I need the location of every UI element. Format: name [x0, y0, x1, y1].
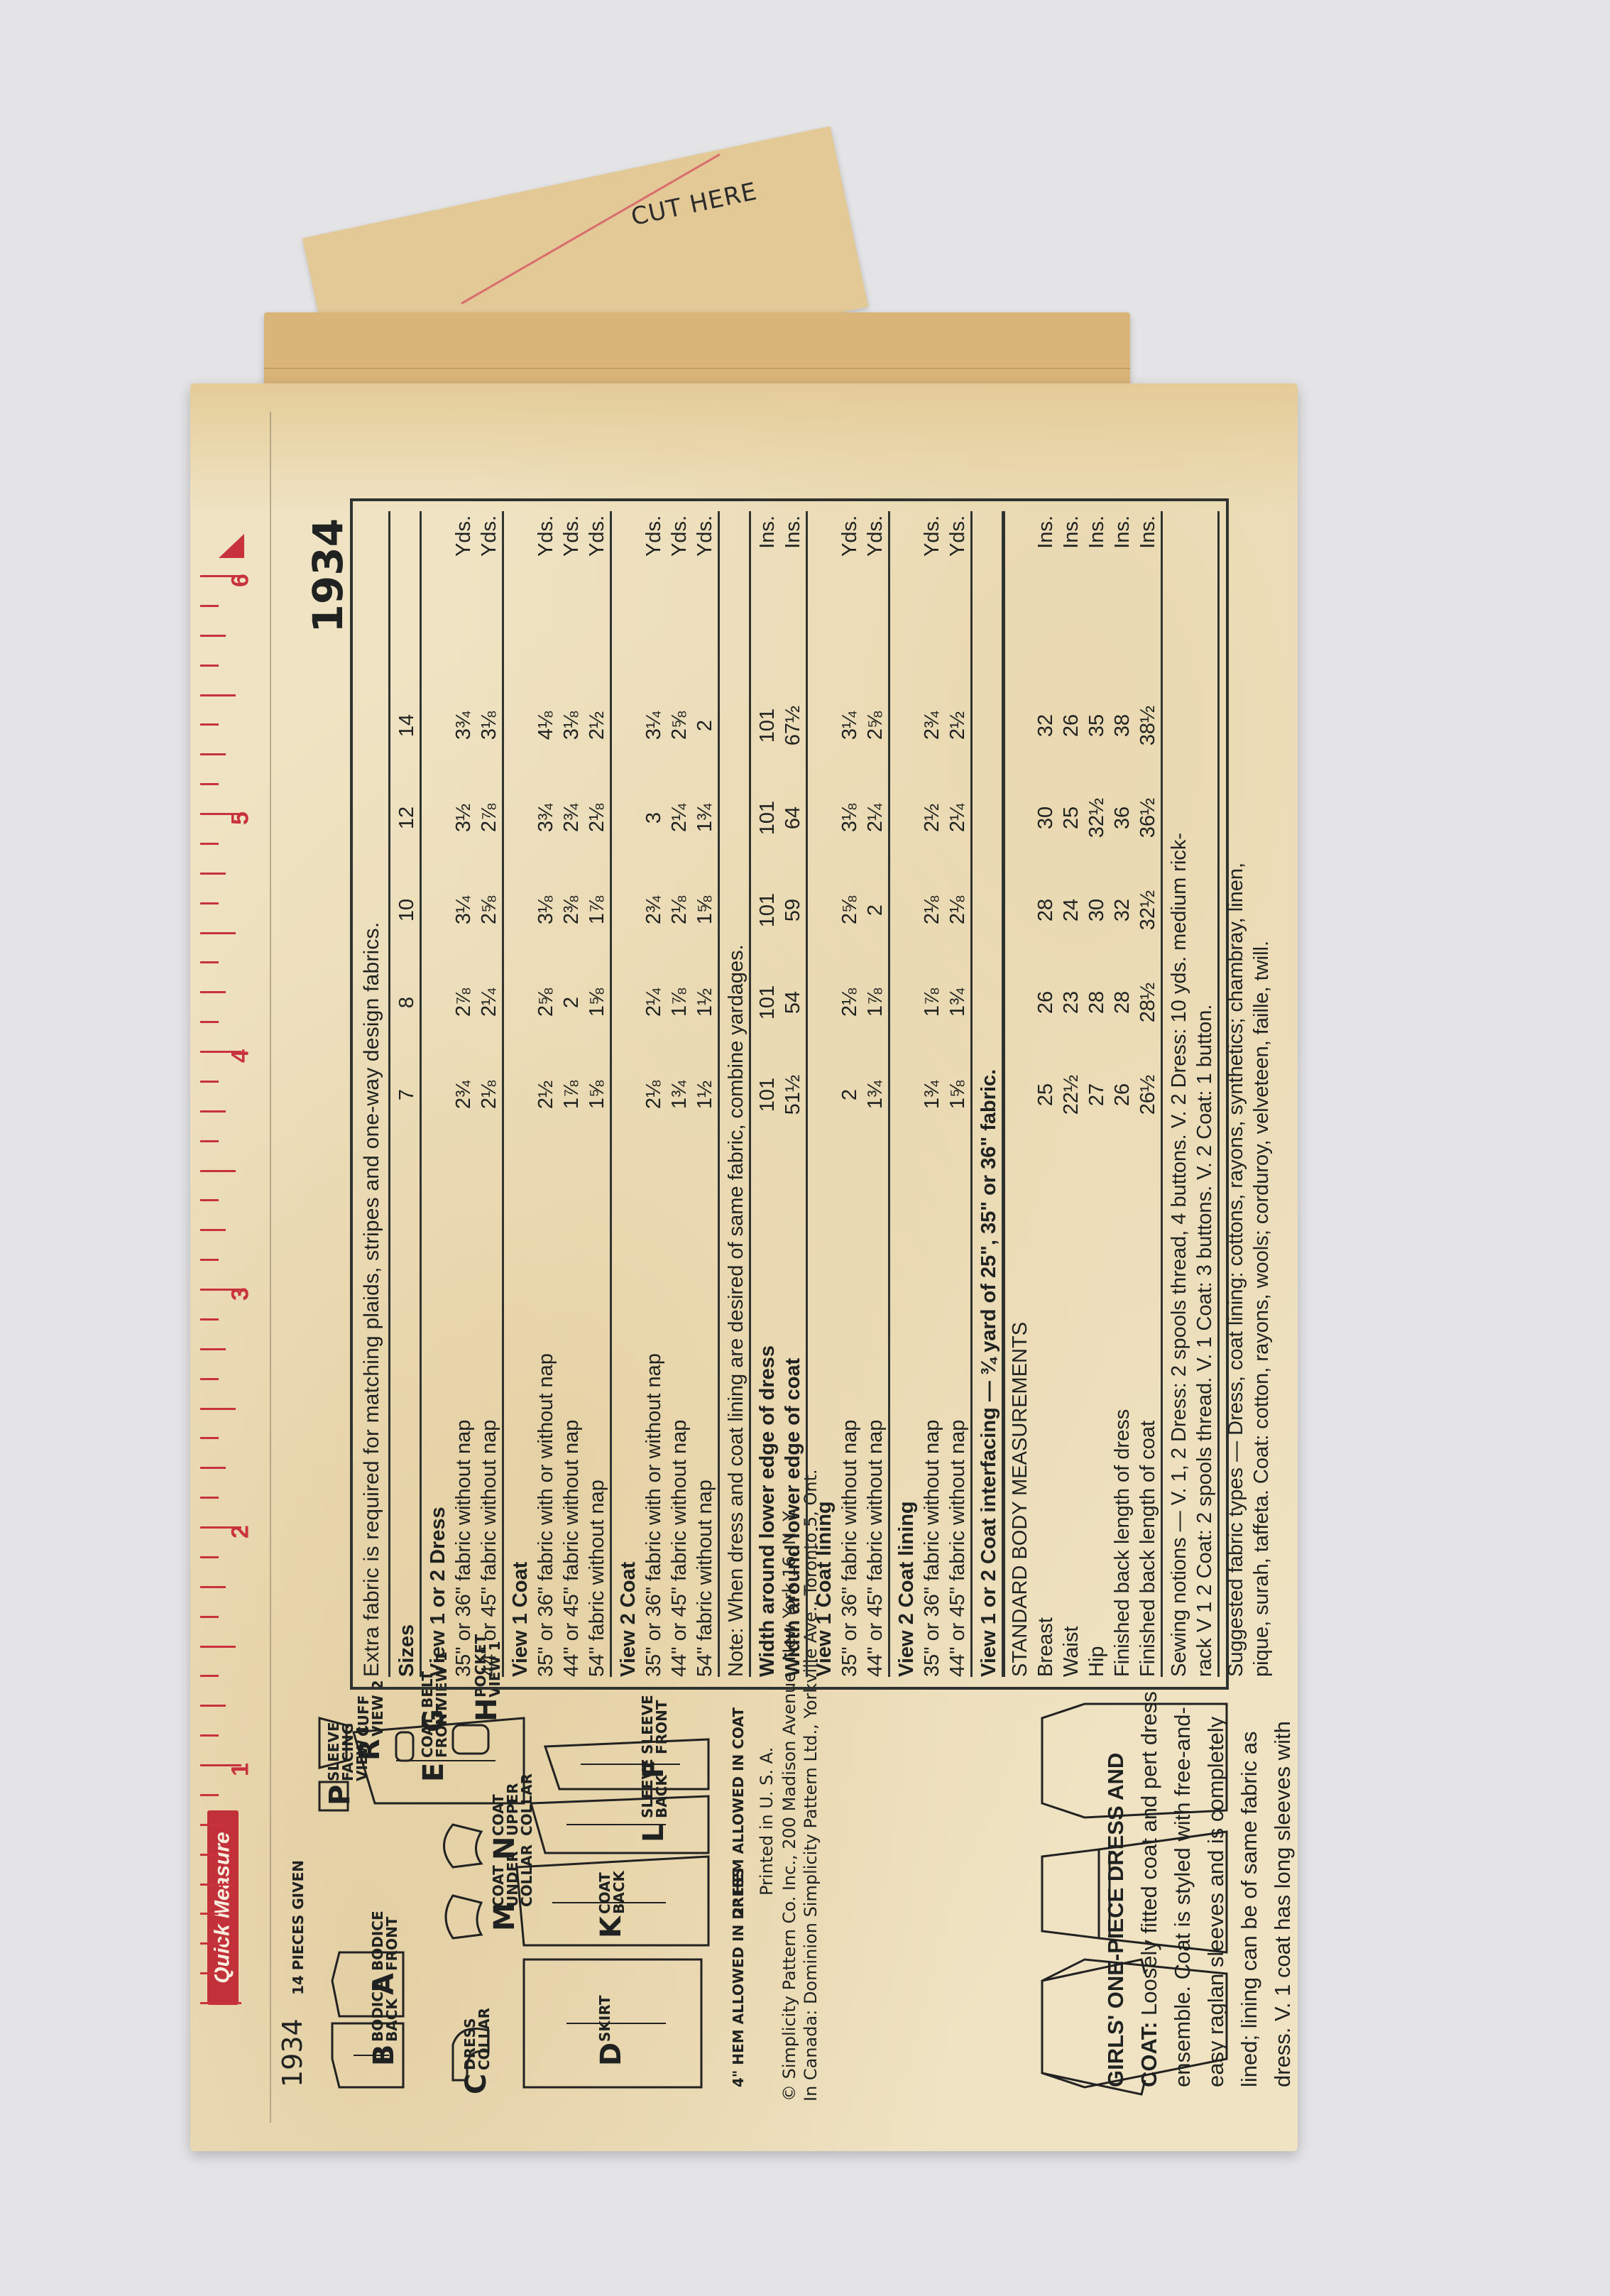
- ruler-tick: [200, 605, 219, 607]
- ruler-tick: [200, 1556, 219, 1558]
- ruler-tick: [200, 1170, 236, 1172]
- ruler-inch-number: 2: [227, 1521, 255, 1543]
- ruler-tick: [200, 1467, 226, 1469]
- ruler-tick: [200, 1942, 226, 1945]
- envelope-fold-line: [270, 412, 271, 2123]
- ruler-tick: [200, 1913, 219, 1915]
- pattern-envelope: Quick Measure 123456: [190, 383, 1298, 2151]
- ruler-inch-number: 5: [227, 808, 255, 829]
- ruler-tick: [200, 932, 236, 934]
- ruler-end-arrow-icon: [219, 534, 244, 558]
- ruler-tick: [200, 1110, 226, 1113]
- ruler-inch-number: 3: [227, 1284, 255, 1305]
- ruler-tick: [200, 1199, 219, 1201]
- ruler-tick: [200, 694, 236, 696]
- ruler-tick: [200, 1259, 219, 1261]
- ruler-tick: [200, 1348, 226, 1350]
- ruler-inch-number: 4: [227, 1046, 255, 1067]
- ruler-tick: [200, 1318, 219, 1321]
- ruler-tick: [200, 1646, 236, 1648]
- ruler-tick: [200, 873, 226, 875]
- ruler-tick: [200, 2002, 241, 2004]
- ruler-tick: [200, 1824, 226, 1826]
- ruler-tick: [200, 1140, 219, 1142]
- flap-cut-here-text: CUT HERE: [629, 177, 760, 232]
- ruler-tick: [200, 1586, 226, 1588]
- ruler-tick: [200, 1794, 219, 1796]
- ruler-inch-number: 1: [227, 1759, 255, 1781]
- ruler-tick: [200, 961, 219, 963]
- ruler-tick: [200, 753, 226, 755]
- quick-measure-ruler: Quick Measure 123456: [190, 383, 268, 2151]
- ruler-tick: [200, 1854, 219, 1856]
- ruler-tick: [200, 1408, 236, 1410]
- quick-measure-label: Quick Measure: [207, 1810, 239, 2005]
- ruler-tick: [200, 723, 219, 726]
- ruler-tick: [200, 1081, 219, 1083]
- ruler-tick: [200, 1972, 219, 1974]
- ruler-tick: [200, 1437, 219, 1439]
- ruler-tick: [200, 843, 219, 845]
- ruler-tick: [200, 1884, 236, 1886]
- ruler-tick: [200, 1616, 219, 1618]
- cut-line: [461, 153, 720, 305]
- ruler-tick: [200, 665, 219, 667]
- ruler-inch-number: 6: [227, 570, 255, 591]
- ruler-tick: [200, 1378, 219, 1380]
- description-text-layer: GIRLS' ONE-PIECE DRESS AND COAT: Loosely…: [290, 440, 1298, 2130]
- ruler-tick: [200, 1705, 226, 1707]
- ruler-tick: [200, 902, 219, 904]
- ruler-tick: [200, 1229, 226, 1231]
- ruler-tick: [200, 991, 226, 993]
- ruler-tick: [200, 635, 226, 637]
- ruler-tick: [200, 1497, 219, 1499]
- ruler-tick: [200, 1675, 219, 1677]
- ruler-tick: [200, 1734, 219, 1737]
- ruler-tick: [200, 1021, 219, 1023]
- ruler-tick: [200, 783, 219, 785]
